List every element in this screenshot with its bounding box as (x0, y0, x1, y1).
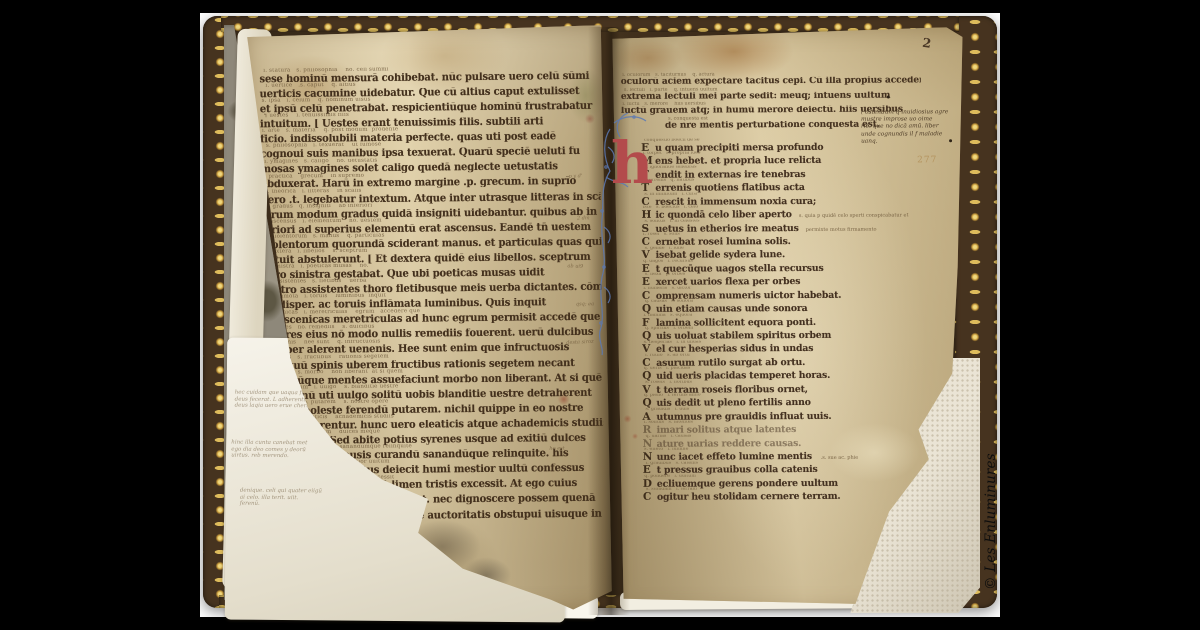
marginal-fragment: desta siroz (566, 339, 594, 346)
verse-capital: C (642, 359, 651, 368)
verse-capital: C (642, 291, 651, 300)
verse-capital: Q (642, 372, 651, 381)
ink-spot (887, 96, 890, 99)
verse-capital: Q (642, 305, 651, 314)
verse-capital: C (643, 493, 652, 502)
verse-capital: N (643, 453, 652, 462)
prose-line: s. lectuli i. parte q. intuens uultumext… (621, 86, 921, 102)
verse-capital: C (641, 197, 650, 206)
verse-capital: V (642, 345, 651, 354)
verse-capital: C (642, 238, 651, 247)
verse-capital: E (642, 265, 651, 274)
marginal-fragment: qsq; ea (576, 301, 594, 307)
verse-text: ogitur heu stolidam cernere terram. (657, 493, 841, 502)
photo-page: hec cuidam que uaqua fuit ne deus fecera… (0, 0, 1200, 630)
marginal-fragment: ho est (549, 446, 564, 452)
verse-capital: Q (642, 332, 651, 341)
marginal-fragment: p y d' (568, 173, 582, 180)
side-gloss: permixte motus firmamento (806, 226, 877, 232)
marginal-fragment: 2 dm̃ (577, 215, 590, 221)
verse-capital: V (642, 251, 651, 260)
verse-capital: N (643, 439, 652, 448)
verse-capital: M (641, 157, 650, 166)
text-line: i. statura s. philosophia no. celi summi… (259, 65, 599, 84)
copyright-credit: © Les Enluminures (983, 470, 1001, 590)
verse-capital: H (641, 211, 650, 220)
verse-capital: T (641, 171, 650, 180)
verse-capital: R (643, 426, 652, 435)
verse-capital: E (643, 466, 652, 475)
side-gloss: .s. sue ac. phie (819, 455, 858, 461)
side-gloss: s. quia p quidē celo sperti conspicabatu… (799, 213, 909, 220)
ink-spot (949, 139, 952, 142)
verse-capital: A (642, 412, 651, 421)
verse-capital: T (641, 184, 650, 193)
photo-backdrop: hec cuidam que uaqua fuit ne deus fecera… (200, 13, 1000, 617)
right-page-verse-block: conquestio boecii de seEu quam precipiti… (641, 137, 953, 501)
verse-capital: V (642, 386, 651, 395)
bleed-through-note: hinc illa cunta canebat met ego dia deo … (231, 440, 327, 461)
verse-capital: D (643, 480, 652, 489)
right-margin-gloss: ( ostendum q̄ inuidiosius agre mustre im… (861, 109, 953, 145)
verse-capital: E (641, 144, 650, 153)
verse-capital: Q (642, 399, 651, 408)
bleed-through-note: denique. celi qui quater eiigū ai celo. … (240, 488, 336, 509)
verse-capital: E (642, 278, 651, 287)
verse-capital: F (642, 318, 651, 327)
verse-text: imari solitus atque latentes (657, 426, 797, 435)
folio-number: 2 (921, 35, 932, 51)
prose-line: i. oculorum s. taciturnus q. acturaoculo… (621, 71, 921, 87)
verse-text: ature uarias reddere causas. (657, 440, 802, 449)
verse-capital: S (642, 224, 651, 233)
marginal-fragment: ab ui9 (567, 263, 583, 269)
